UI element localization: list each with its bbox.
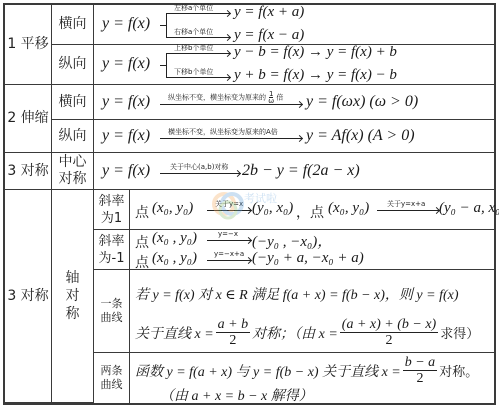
branch-line bbox=[166, 53, 167, 77]
coords: (x₀, y₀) bbox=[152, 200, 193, 217]
result-formula: y − b = f(x) → y = f(x) + b bbox=[234, 44, 397, 61]
frac-num: b − a bbox=[403, 355, 437, 371]
arrow-head-icon bbox=[224, 10, 231, 17]
fraction-b-minus-a: b − a 2 bbox=[403, 355, 437, 386]
point-text: 点 bbox=[135, 232, 149, 252]
result-formula: y + b = f(x) → y = f(x) − b bbox=[234, 67, 397, 84]
arrow-head-icon bbox=[234, 170, 241, 177]
branch-line bbox=[166, 13, 167, 37]
point-text: 点 bbox=[135, 202, 149, 222]
one-curve-axis-line: 关于直线 x = a + b 2 对称；（由 x = (a + x) + (b … bbox=[135, 317, 479, 348]
arrow-head-icon bbox=[224, 50, 231, 57]
scaling-vertical-formula: y = f(x) 横坐标不变，纵坐标变为原来的A倍 y = Af(x) (A >… bbox=[94, 120, 496, 153]
one-curve-statement: 若 y = f(x) 对 x ∈ R 满足 f(a + x) = f(b − x… bbox=[135, 284, 459, 304]
frac-den: ω bbox=[268, 98, 274, 104]
result-formula: 2b − y = f(2a − x) bbox=[242, 162, 360, 180]
axis-prefix: 关于直线 x = bbox=[135, 323, 214, 343]
category-label: 2 伸缩 bbox=[7, 110, 48, 127]
arrow-head-icon bbox=[296, 101, 303, 108]
central-symmetry-formula: y = f(x) 关于中心(a,b)对称 2b − y = f(2a − x) bbox=[94, 153, 496, 190]
coords: (x₀, y₀) bbox=[328, 200, 369, 217]
arrow-line bbox=[166, 13, 230, 14]
arrow-label: 纵坐标不变，横坐标变为原来的 1 ω 倍 bbox=[168, 91, 283, 104]
arrow-head-icon bbox=[296, 135, 303, 142]
sub-label: 纵向 bbox=[59, 56, 87, 73]
result-formula: y = Af(x) (A > 0) bbox=[306, 127, 415, 145]
scaling-horizontal-formula: y = f(x) 纵坐标不变，横坐标变为原来的 1 ω 倍 y = f(ωx) … bbox=[94, 85, 496, 120]
sub-label: 横向 bbox=[59, 94, 87, 111]
category-symmetry: 3 对称 bbox=[5, 153, 52, 190]
arrow-label: 右移a个单位 bbox=[174, 28, 213, 36]
translation-horizontal-formula: y = f(x) 左移a个单位 y = f(x + a) 右移a个单位 y = … bbox=[94, 5, 496, 45]
sub-sub-label: 斜率为-1 bbox=[99, 233, 125, 267]
source-function: y = f(x) bbox=[102, 162, 150, 180]
axis-suffix: 求得） bbox=[440, 323, 479, 342]
arrow-fraction: 1 ω bbox=[268, 91, 274, 104]
arrow-line bbox=[166, 37, 230, 38]
two-curves-label-cell: 两条曲线 bbox=[94, 353, 130, 403]
sub-sub-label: 一条曲线 bbox=[100, 297, 124, 325]
slope-neg1-label-cell: 斜率为-1 bbox=[94, 230, 130, 270]
arrow-line bbox=[160, 138, 302, 139]
one-curve-label-cell: 一条曲线 bbox=[94, 270, 130, 353]
source-function: y = f(x) bbox=[102, 55, 150, 73]
coords: (x₀ , y₀) bbox=[152, 230, 197, 247]
fraction-derivation: (a + x) + (b − x) 2 bbox=[340, 317, 438, 348]
arrow-line bbox=[160, 173, 240, 174]
translation-vertical-formula: y = f(x) 上移b个单位 y − b = f(x) → y = f(x) … bbox=[94, 45, 496, 85]
statement-suffix: 对称。 bbox=[439, 361, 478, 380]
two-curves-formula: 函数 y = f(a + x) 与 y = f(b − x) 关于直线 x = … bbox=[130, 353, 496, 403]
arrow-head-icon bbox=[245, 257, 252, 264]
slope-1-label-cell: 斜率为1 bbox=[94, 190, 130, 230]
two-curves-derivation: （由 a + x = b − x 解得） bbox=[160, 385, 313, 405]
arrow-label: y=−x+a bbox=[214, 250, 244, 258]
two-curves-statement: 函数 y = f(a + x) 与 y = f(b − x) 关于直线 x = … bbox=[135, 355, 478, 386]
arrow-line bbox=[166, 77, 230, 78]
point-text: 点 bbox=[135, 252, 149, 272]
sub-axial-symmetry: 轴对称 bbox=[52, 190, 94, 403]
arrow-label-suffix: 倍 bbox=[276, 94, 283, 102]
axis-mid: 对称；（由 x = bbox=[252, 323, 338, 343]
one-curve-formula: 若 y = f(x) 对 x ∈ R 满足 f(a + x) = f(b − x… bbox=[130, 270, 496, 353]
sub-horizontal: 横向 bbox=[52, 5, 94, 45]
source-function: y = f(x) bbox=[102, 127, 150, 145]
category-scaling: 2 伸缩 bbox=[5, 85, 52, 153]
coords: (x₀ , y₀) bbox=[152, 250, 197, 267]
result-coords: (−y₀ + a, −x₀ + a) bbox=[252, 250, 364, 267]
sub-horizontal: 横向 bbox=[52, 85, 94, 120]
statement-prefix: 函数 y = f(a + x) 与 y = f(b − x) 关于直线 x = bbox=[135, 361, 401, 381]
arrow-head-icon bbox=[224, 74, 231, 81]
arrow-line bbox=[377, 210, 439, 211]
arrow-line bbox=[166, 53, 230, 54]
sub-label: 中心对称 bbox=[58, 154, 88, 188]
source-function: y = f(x) bbox=[102, 15, 150, 33]
arrow-label: 上移b个单位 bbox=[174, 44, 213, 52]
source-function: y = f(x) bbox=[102, 93, 150, 111]
sub-vertical: 纵向 bbox=[52, 45, 94, 85]
fraction-a-plus-b: a + b 2 bbox=[216, 317, 250, 348]
arrow-head-icon bbox=[245, 237, 252, 244]
slope-1-formula: 点 (x₀, y₀) 关于y=x (y₀, x₀) ，点 (x₀, y₀) 关于… bbox=[130, 190, 496, 230]
transformation-table: 1 平移 横向 y = f(x) 左移a个单位 y = f(x + a) 右移a… bbox=[3, 3, 496, 405]
result-coords: (y₀, x₀) bbox=[252, 200, 293, 217]
category-label: 1 平移 bbox=[7, 36, 48, 53]
separator-text: ，点 bbox=[296, 202, 324, 222]
arrow-label: 关于y=x+a bbox=[387, 200, 425, 208]
arrow-label-text: 纵坐标不变，横坐标变为原来的 bbox=[168, 94, 266, 102]
arrow-label: 横坐标不变，纵坐标变为原来的A倍 bbox=[168, 128, 278, 136]
sub-vertical: 纵向 bbox=[52, 120, 94, 153]
frac-num: (a + x) + (b − x) bbox=[340, 317, 438, 333]
result-coords: (y₀ − a, x₀ + a) bbox=[439, 200, 499, 217]
sub-label: 横向 bbox=[59, 16, 87, 33]
arrow-head-icon bbox=[224, 34, 231, 41]
sub-label: 轴对称 bbox=[66, 269, 80, 323]
category-cell-border bbox=[5, 190, 52, 403]
result-formula: y = f(x + a) bbox=[234, 4, 304, 21]
arrow-line bbox=[160, 104, 302, 105]
frac-den: 2 bbox=[229, 333, 236, 348]
sub-central-symmetry: 中心对称 bbox=[52, 153, 94, 190]
arrow-label: 左移a个单位 bbox=[174, 4, 213, 12]
category-label: 3 对称 bbox=[7, 163, 48, 180]
result-formula: y = f(ωx) (ω > 0) bbox=[306, 93, 418, 111]
arrow-label: y=−x bbox=[218, 230, 238, 238]
frac-num: a + b bbox=[216, 317, 250, 333]
arrow-head-icon bbox=[245, 207, 252, 214]
slope-neg1-formula: 点 (x₀ , y₀) y=−x (−y₀ , −x₀)， 点 (x₀ , y₀… bbox=[130, 230, 496, 270]
sub-label: 纵向 bbox=[59, 128, 87, 145]
result-formula: y = f(x − a) bbox=[234, 27, 304, 44]
frac-den: 2 bbox=[386, 333, 393, 348]
arrow-label: 关于y=x bbox=[215, 200, 243, 208]
category-translation: 1 平移 bbox=[5, 5, 52, 85]
result-coords: (−y₀ , −x₀)， bbox=[252, 230, 332, 251]
arrow-label: 关于中心(a,b)对称 bbox=[170, 163, 228, 171]
sub-sub-label: 斜率为1 bbox=[99, 193, 125, 227]
sub-sub-label: 两条曲线 bbox=[100, 364, 124, 392]
frac-den: 2 bbox=[416, 371, 423, 386]
arrow-label: 下移b个单位 bbox=[174, 68, 213, 76]
